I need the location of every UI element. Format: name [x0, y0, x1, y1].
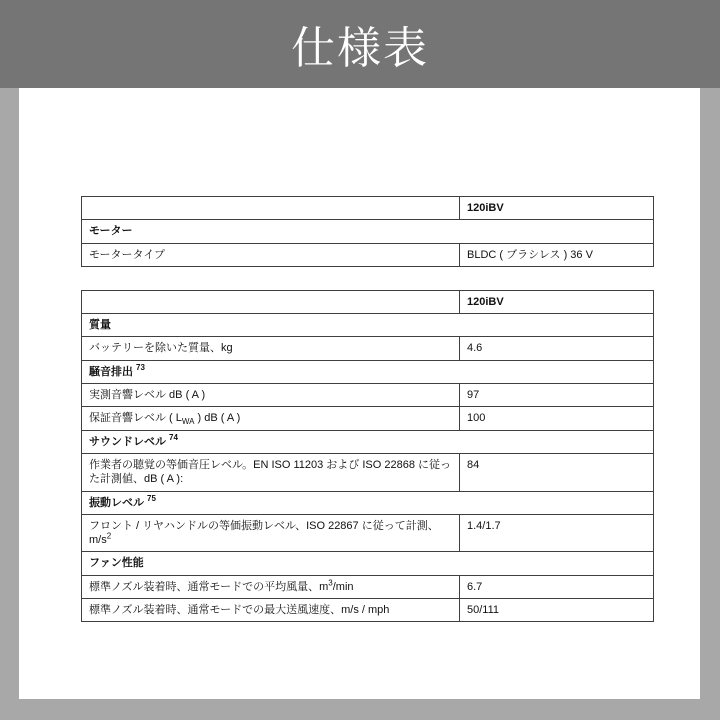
spec-label: ) dB ( A )	[195, 412, 241, 424]
subscript-wa: WA	[182, 418, 195, 427]
table-row: モータータイプ BLDC ( ブラシレス ) 36 V	[82, 243, 654, 266]
table-row: バッテリーを除いた質量、kg 4.6	[82, 337, 654, 360]
empty-header-cell	[82, 197, 460, 220]
spec-label: 実測音響レベル dB ( A )	[89, 389, 205, 401]
spec-label: 作業者の聴覚の等価音圧レベル。EN ISO 11203 および ISO 2286…	[89, 459, 451, 485]
spec-label-cell: 標準ノズル装着時、通常モードでの最大送風速度、m/s / mph	[82, 599, 460, 622]
table-header-row: 120iBV	[82, 290, 654, 313]
spec-label: フロント / リヤハンドルの等価振動レベル、ISO 22867 に従って計測、m…	[89, 520, 439, 546]
spec-label-cell: 保証音響レベル ( LWA ) dB ( A )	[82, 407, 460, 430]
section-header-cell: 騒音排出73	[82, 360, 654, 383]
section-row: 騒音排出73	[82, 360, 654, 383]
section-header-cell: モーター	[82, 220, 654, 243]
section-label: 騒音排出	[89, 366, 133, 378]
section-row: 質量	[82, 314, 654, 337]
spec-label: 保証音響レベル ( L	[89, 412, 182, 424]
section-header-cell: ファン性能	[82, 552, 654, 575]
spec-value-cell: 1.4/1.7	[460, 514, 654, 552]
spec-label: 標準ノズル装着時、通常モードでの平均風量、m	[89, 581, 328, 593]
title-bar: 仕様表	[0, 0, 720, 88]
spec-value-cell: 50/111	[460, 599, 654, 622]
spec-value-cell: 84	[460, 453, 654, 491]
footnote-ref: 75	[147, 494, 156, 503]
model-header-cell: 120iBV	[460, 197, 654, 220]
spec-label: /min	[333, 581, 354, 593]
spec-table-motor: 120iBV モーター モータータイプ BLDC ( ブラシレス ) 36 V	[81, 196, 654, 267]
table-row: 保証音響レベル ( LWA ) dB ( A ) 100	[82, 407, 654, 430]
model-header-cell: 120iBV	[460, 290, 654, 313]
table-row: 作業者の聴覚の等価音圧レベル。EN ISO 11203 および ISO 2286…	[82, 453, 654, 491]
table-row: 標準ノズル装着時、通常モードでの平均風量、m3/min 6.7	[82, 575, 654, 598]
spec-label: 標準ノズル装着時、通常モードでの最大送風速度、m/s / mph	[89, 604, 389, 616]
spec-value-cell: BLDC ( ブラシレス ) 36 V	[460, 243, 654, 266]
section-header-cell: サウンドレベル74	[82, 430, 654, 453]
spec-label-cell: フロント / リヤハンドルの等価振動レベル、ISO 22867 に従って計測、m…	[82, 514, 460, 552]
table-row: 実測音響レベル dB ( A ) 97	[82, 384, 654, 407]
document-page: 120iBV モーター モータータイプ BLDC ( ブラシレス ) 36 V …	[19, 88, 700, 699]
spec-label-cell: バッテリーを除いた質量、kg	[82, 337, 460, 360]
superscript-2: 2	[107, 532, 111, 541]
table-row: 標準ノズル装着時、通常モードでの最大送風速度、m/s / mph 50/111	[82, 599, 654, 622]
empty-header-cell	[82, 290, 460, 313]
page-title: 仕様表	[291, 12, 429, 76]
spec-table-details: 120iBV 質量 バッテリーを除いた質量、kg 4.6 騒音排出73	[81, 290, 654, 622]
table-header-row: 120iBV	[82, 197, 654, 220]
section-row: 振動レベル75	[82, 491, 654, 514]
section-header-cell: 振動レベル75	[82, 491, 654, 514]
table-row: フロント / リヤハンドルの等価振動レベル、ISO 22867 に従って計測、m…	[82, 514, 654, 552]
section-row: ファン性能	[82, 552, 654, 575]
spec-value-cell: 97	[460, 384, 654, 407]
section-label: 質量	[89, 319, 111, 331]
footnote-ref: 74	[169, 433, 178, 442]
section-label: モーター	[89, 225, 133, 237]
footnote-ref: 73	[136, 363, 145, 372]
section-row: サウンドレベル74	[82, 430, 654, 453]
spec-label-cell: 作業者の聴覚の等価音圧レベル。EN ISO 11203 および ISO 2286…	[82, 453, 460, 491]
spec-value-cell: 4.6	[460, 337, 654, 360]
spec-label-cell: モータータイプ	[82, 243, 460, 266]
section-row: モーター	[82, 220, 654, 243]
spec-label-cell: 実測音響レベル dB ( A )	[82, 384, 460, 407]
section-header-cell: 質量	[82, 314, 654, 337]
spec-value-cell: 6.7	[460, 575, 654, 598]
section-label: 振動レベル	[89, 497, 144, 509]
spec-label: バッテリーを除いた質量、kg	[89, 342, 233, 354]
section-label: サウンドレベル	[89, 436, 166, 448]
spec-value-cell: 100	[460, 407, 654, 430]
section-label: ファン性能	[89, 557, 144, 569]
spec-label-cell: 標準ノズル装着時、通常モードでの平均風量、m3/min	[82, 575, 460, 598]
spec-label: モータータイプ	[89, 249, 165, 261]
